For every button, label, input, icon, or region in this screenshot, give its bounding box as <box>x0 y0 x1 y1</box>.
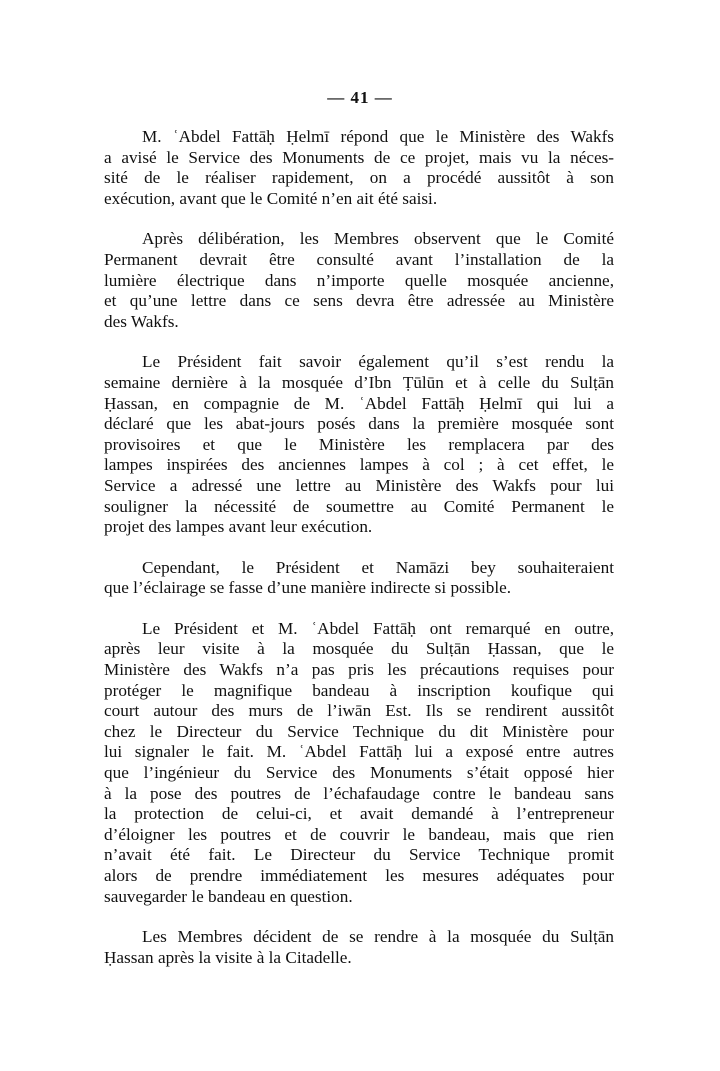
text-line: sité de le réaliser rapidement, on a pro… <box>104 168 614 189</box>
body-text: M. ʿAbdel Fattāḥ Ḥelmī répond que le Min… <box>104 127 614 988</box>
text-line: n’avait été fait. Le Directeur du Servic… <box>104 845 614 866</box>
text-line: a avisé le Service des Monuments de ce p… <box>104 148 614 169</box>
text-line: souligner la nécessité de soumettre au C… <box>104 497 614 518</box>
text-line: Permanent devrait être consulté avant l’… <box>104 250 614 271</box>
text-line: Les Membres décident de se rendre à la m… <box>104 927 614 948</box>
text-line: alors de prendre immédiatement les mesur… <box>104 866 614 887</box>
text-line: chez le Directeur du Service Technique d… <box>104 722 614 743</box>
text-line: et qu’une lettre dans ce sens devra être… <box>104 291 614 312</box>
paragraph-indirect-lighting: Cependant, le Président et Namāzi bey so… <box>104 558 614 599</box>
text-line: protéger le magnifique bandeau à inscrip… <box>104 681 614 702</box>
text-line: M. ʿAbdel Fattāḥ Ḥelmī répond que le Min… <box>104 127 614 148</box>
text-line: projet des lampes avant leur exécution. <box>104 517 614 538</box>
text-line: lumière électrique dans n’importe quelle… <box>104 271 614 292</box>
text-line: que l’ingénieur du Service des Monuments… <box>104 763 614 784</box>
text-line: lampes inspirées des anciennes lampes à … <box>104 455 614 476</box>
text-line: Service a adressé une lettre au Ministèr… <box>104 476 614 497</box>
text-line: que l’éclairage se fasse d’une manière i… <box>104 578 614 599</box>
text-line: à la pose des poutres de l’échafaudage c… <box>104 784 614 805</box>
paragraph-helmi-response: M. ʿAbdel Fattāḥ Ḥelmī répond que le Min… <box>104 127 614 209</box>
text-line: Après délibération, les Membres observen… <box>104 229 614 250</box>
text-line: sauvegarder le bandeau en question. <box>104 887 614 908</box>
text-line: Ḥassan après la visite à la Citadelle. <box>104 948 614 969</box>
text-line: Le Président fait savoir également qu’il… <box>104 352 614 373</box>
paragraph-members-decision: Les Membres décident de se rendre à la m… <box>104 927 614 968</box>
paragraph-inscription-band: Le Président et M. ʿAbdel Fattāḥ ont rem… <box>104 619 614 907</box>
text-line: semaine dernière à la mosquée d’Ibn Ṭūlū… <box>104 373 614 394</box>
text-line: Ministère des Wakfs n’a pas pris les pré… <box>104 660 614 681</box>
page-number: — 41 — <box>0 88 720 108</box>
text-line: Ḥassan, en compagnie de M. ʿAbdel Fattāḥ… <box>104 394 614 415</box>
text-line: après leur visite à la mosquée du Sulṭān… <box>104 639 614 660</box>
text-line: d’éloigner les poutres et de couvrir le … <box>104 825 614 846</box>
text-line: Le Président et M. ʿAbdel Fattāḥ ont rem… <box>104 619 614 640</box>
paragraph-president-visit: Le Président fait savoir également qu’il… <box>104 352 614 537</box>
text-line: déclaré que les abat-jours posés dans la… <box>104 414 614 435</box>
text-line: des Wakfs. <box>104 312 614 333</box>
paragraph-deliberation: Après délibération, les Membres observen… <box>104 229 614 332</box>
document-page: — 41 — M. ʿAbdel Fattāḥ Ḥelmī répond que… <box>0 0 720 1071</box>
text-line: provisoires et que le Ministère les remp… <box>104 435 614 456</box>
text-line: exécution, avant que le Comité n’en ait … <box>104 189 614 210</box>
text-line: la protection de celui-ci, et avait dema… <box>104 804 614 825</box>
text-line: Cependant, le Président et Namāzi bey so… <box>104 558 614 579</box>
text-line: lui signaler le fait. M. ʿAbdel Fattāḥ l… <box>104 742 614 763</box>
text-line: court autour des murs de l’iwān Est. Ils… <box>104 701 614 722</box>
